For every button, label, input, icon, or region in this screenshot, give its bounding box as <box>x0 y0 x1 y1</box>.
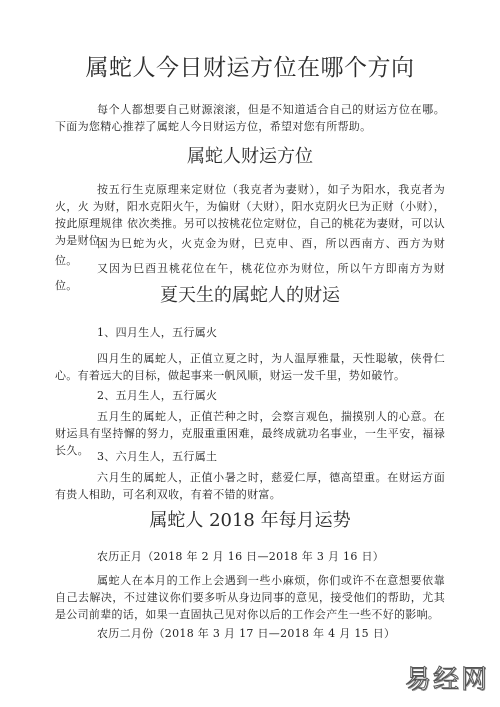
section-heading-wealth-direction: 属蛇人财运方位 <box>0 145 500 169</box>
subheading-june: 3、六月生人，五行属土 <box>97 448 217 465</box>
subheading-april: 1、四月生人，五行属火 <box>97 324 217 341</box>
intro-paragraph: 每个人都想要自己财源滚滚，但是不知道适合自己的财运方位在哪。下面为您精心推荐了属… <box>55 101 445 135</box>
section-heading-summer-born: 夏天生的属蛇人的财运 <box>0 284 500 308</box>
paragraph-april: 四月生的属蛇人，正值立夏之时，为人温厚雅量，天性聪敏，侠骨仁心。有着远大的目标，… <box>55 350 445 384</box>
subheading-second-month: 农历二月份（2018 年 3 月 17 日—2018 年 4 月 15 日） <box>97 625 395 642</box>
paragraph-june: 六月生的属蛇人，正值小暑之时，慈爱仁厚，德高望重。在财运方面有贵人相助，可名利双… <box>55 469 445 503</box>
paragraph-first-month: 属蛇人在本月的工作上会遇到一些小麻烦，你们或许不在意想要依靠自己去解决，不过建议… <box>55 572 445 623</box>
document-page: 属蛇人今日财运方位在哪个方向 每个人都想要自己财源滚滚，但是不知道适合自己的财运… <box>0 0 500 707</box>
subheading-may: 2、五月生人，五行属火 <box>97 387 217 404</box>
page-title: 属蛇人今日财运方位在哪个方向 <box>0 53 500 83</box>
subheading-first-month: 农历正月（2018 年 2 月 16 日—2018 年 3 月 16 日） <box>97 548 384 565</box>
section-heading-2018-monthly: 属蛇人 2018 年每月运势 <box>0 509 500 533</box>
watermark-logo: 易经网 <box>405 665 489 695</box>
